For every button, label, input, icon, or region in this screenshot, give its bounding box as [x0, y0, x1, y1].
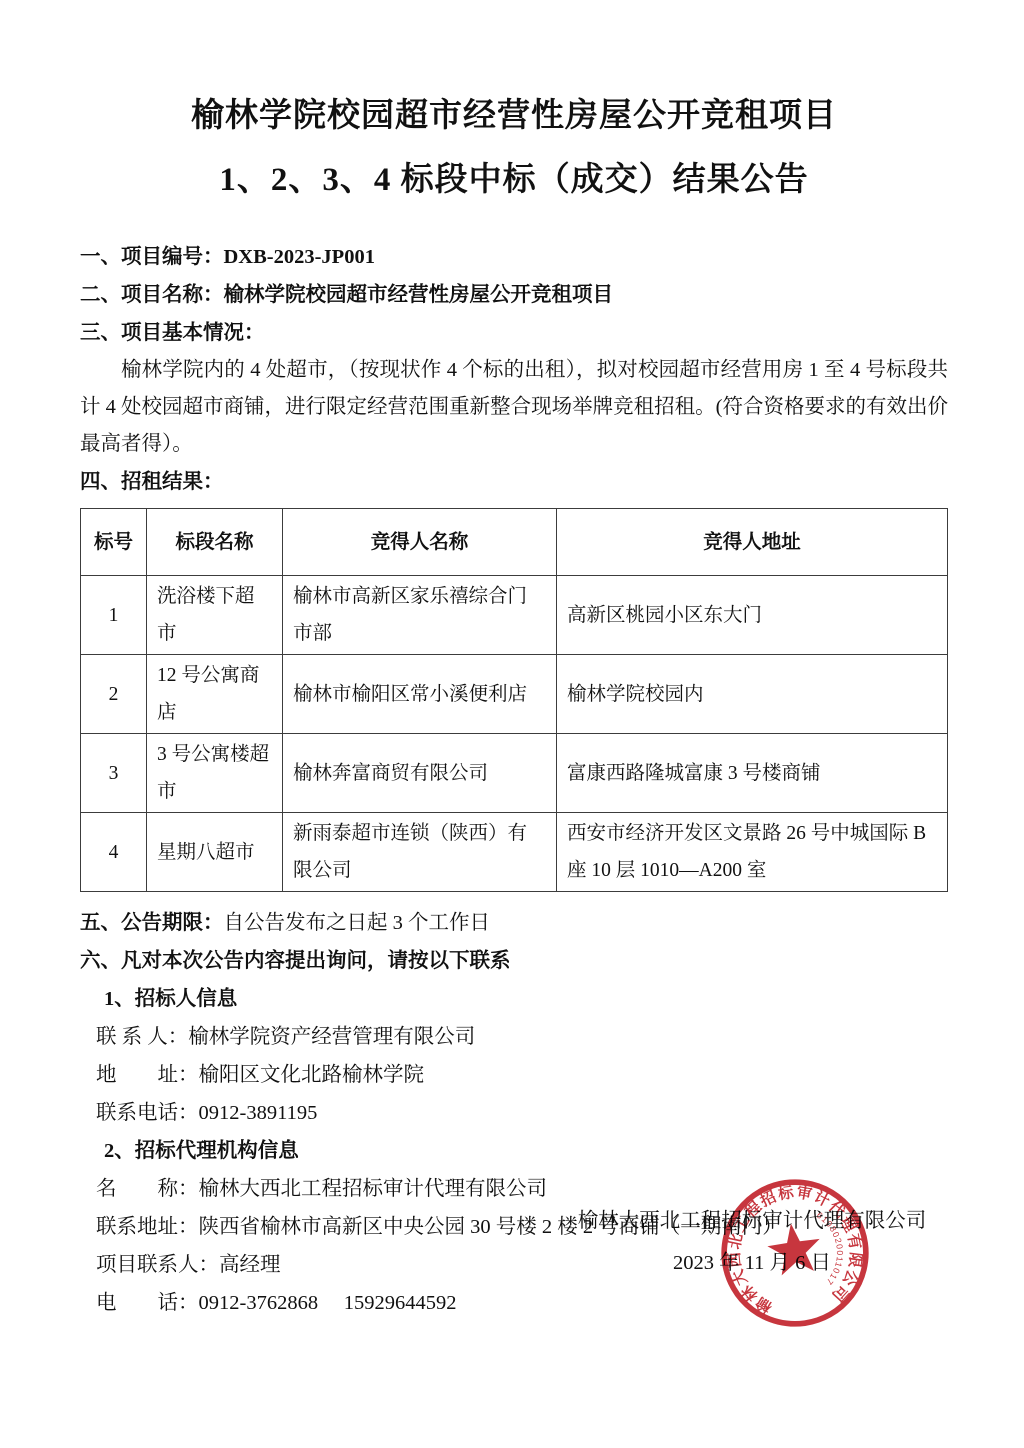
document-content: 榆林学院校园超市经营性房屋公开竞租项目 1、2、3、4 标段中标（成交）结果公告…	[80, 84, 948, 1322]
bid-results-table: 标号 标段名称 竞得人名称 竞得人地址 1 洗浴楼下超市 榆林市高新区家乐禧综合…	[80, 508, 948, 892]
section-results-heading: 四、招租结果：	[80, 463, 948, 501]
announcement-period-value: 自公告发布之日起 3 个工作日	[224, 912, 491, 934]
company-seal-stamp: 榆林大西北工程招标审计代理有限公司 6108020011017	[708, 1166, 882, 1340]
cell-lot-name: 洗浴楼下超市	[147, 576, 283, 655]
cell-lot-name: 12 号公寓商店	[147, 655, 283, 734]
cell-winner-name: 榆林市榆阳区常小溪便利店	[283, 655, 557, 734]
project-name-value: 榆林学院校园超市经营性房屋公开竞租项目	[224, 284, 614, 306]
section-project-name: 二、项目名称：榆林学院校园超市经营性房屋公开竞租项目	[80, 276, 948, 314]
page-title-line2: 1、2、3、4 标段中标（成交）结果公告	[80, 148, 948, 212]
page-title-line1: 榆林学院校园超市经营性房屋公开竞租项目	[80, 84, 948, 148]
header-winner-address: 竞得人地址	[557, 509, 948, 576]
cell-lot-number: 1	[81, 576, 147, 655]
cell-lot-number: 3	[81, 734, 147, 813]
announcement-period-label: 五、公告期限：	[80, 912, 224, 934]
table-header-row: 标号 标段名称 竞得人名称 竞得人地址	[81, 509, 948, 576]
section-project-number: 一、项目编号：DXB-2023-JP001	[80, 238, 948, 276]
project-name-label: 二、项目名称：	[80, 284, 224, 306]
table-row: 1 洗浴楼下超市 榆林市高新区家乐禧综合门市部 高新区桃园小区东大门	[81, 576, 948, 655]
results-label: 四、招租结果：	[80, 471, 224, 493]
cell-winner-address: 西安市经济开发区文景路 26 号中城国际 B 座 10 层 1010—A200 …	[557, 813, 948, 892]
cell-winner-address: 富康西路隆城富康 3 号楼商铺	[557, 734, 948, 813]
document-page: 榆林学院校园超市经营性房屋公开竞租项目 1、2、3、4 标段中标（成交）结果公告…	[0, 0, 1024, 1448]
cell-lot-number: 4	[81, 813, 147, 892]
table-row: 4 星期八超市 新雨泰超市连锁（陕西）有限公司 西安市经济开发区文景路 26 号…	[81, 813, 948, 892]
cell-winner-address: 高新区桃园小区东大门	[557, 576, 948, 655]
cell-winner-name: 新雨泰超市连锁（陕西）有限公司	[283, 813, 557, 892]
cell-lot-number: 2	[81, 655, 147, 734]
cell-winner-name: 榆林奔富商贸有限公司	[283, 734, 557, 813]
table-row: 3 3 号公寓楼超市 榆林奔富商贸有限公司 富康西路隆城富康 3 号楼商铺	[81, 734, 948, 813]
cell-winner-name: 榆林市高新区家乐禧综合门市部	[283, 576, 557, 655]
seal-graphic: 榆林大西北工程招标审计代理有限公司 6108020011017	[708, 1166, 882, 1340]
tenderer-phone: 联系电话：0912-3891195	[80, 1094, 948, 1132]
tenderer-contact: 联 系 人：榆林学院资产经营管理有限公司	[80, 1018, 948, 1056]
project-overview-label: 三、项目基本情况：	[80, 322, 265, 344]
project-overview-paragraph: 榆林学院内的 4 处超市，（按现状作 4 个标的出租），拟对校园超市经营用房 1…	[80, 352, 948, 463]
page-title: 榆林学院校园超市经营性房屋公开竞租项目 1、2、3、4 标段中标（成交）结果公告	[80, 84, 948, 212]
header-winner-name: 竞得人名称	[283, 509, 557, 576]
section-inquiry-heading: 六、凡对本次公告内容提出询问，请按以下联系	[80, 942, 948, 980]
project-number-value: DXB-2023-JP001	[224, 246, 375, 268]
cell-lot-name: 星期八超市	[147, 813, 283, 892]
tenderer-address: 地 址：榆阳区文化北路榆林学院	[80, 1056, 948, 1094]
project-number-label: 一、项目编号：	[80, 246, 224, 268]
cell-winner-address: 榆林学院校园内	[557, 655, 948, 734]
cell-lot-name: 3 号公寓楼超市	[147, 734, 283, 813]
section-announcement-period: 五、公告期限：自公告发布之日起 3 个工作日	[80, 904, 948, 942]
inquiry-label: 六、凡对本次公告内容提出询问，请按以下联系	[80, 950, 511, 972]
header-lot-number: 标号	[81, 509, 147, 576]
agency-heading: 2、招标代理机构信息	[80, 1132, 948, 1170]
section-project-overview-heading: 三、项目基本情况：	[80, 314, 948, 352]
tenderer-heading: 1、招标人信息	[80, 980, 948, 1018]
header-lot-name: 标段名称	[147, 509, 283, 576]
table-row: 2 12 号公寓商店 榆林市榆阳区常小溪便利店 榆林学院校园内	[81, 655, 948, 734]
seal-star-icon	[765, 1220, 824, 1277]
